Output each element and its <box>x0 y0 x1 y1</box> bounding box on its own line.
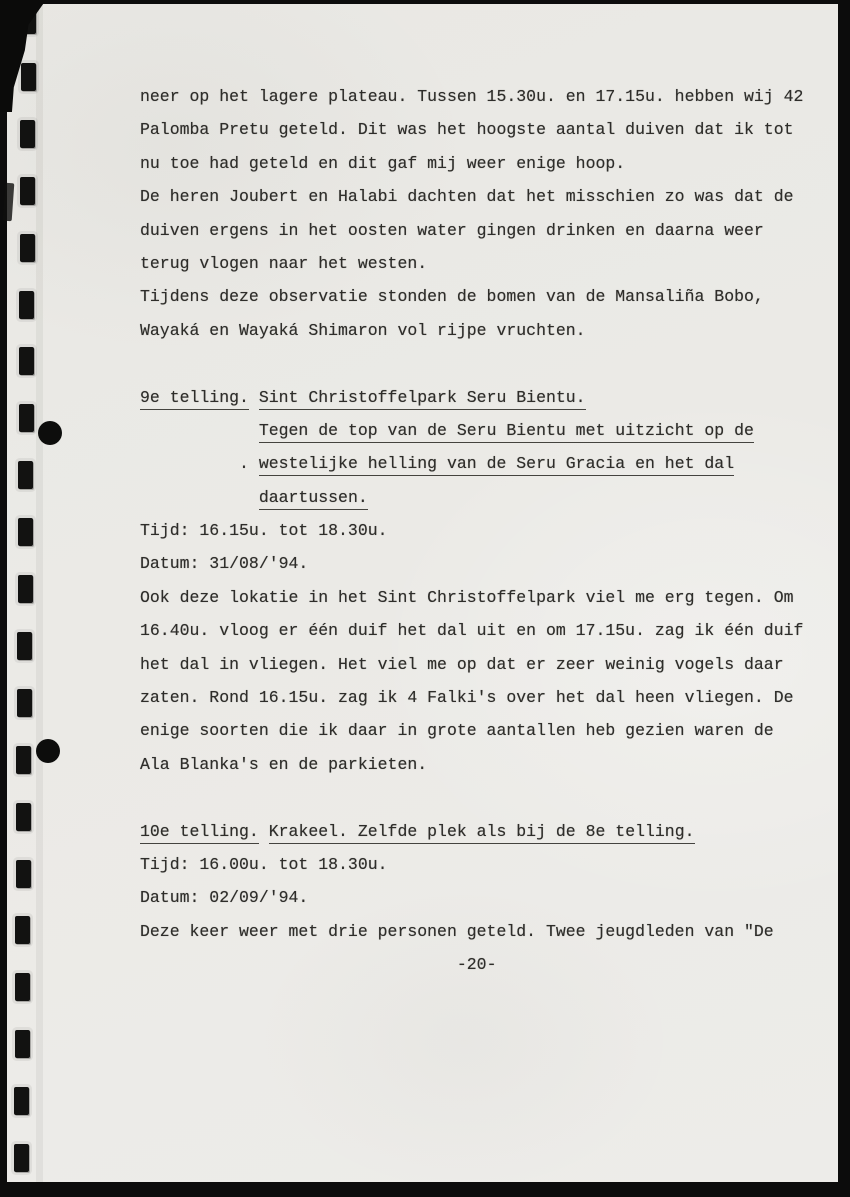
heading-9e-telling-continuation: daartussen. <box>140 481 830 514</box>
comb-binding-hole <box>17 689 32 717</box>
comb-binding-hole <box>18 575 33 603</box>
text-segment: zaten. Rond 16.15u. zag ik 4 Falki's ove… <box>140 688 794 707</box>
text-line: terug vlogen naar het westen. <box>140 247 830 280</box>
comb-binding-hole <box>16 803 31 831</box>
text-segment: Ala Blanka's en de parkieten. <box>140 755 427 774</box>
comb-binding-hole <box>17 632 32 660</box>
page-number-line: -20- <box>140 948 830 981</box>
punch-hole-bottom <box>36 739 60 763</box>
text-segment <box>140 955 457 974</box>
text-segment: 16.40u. vloog er één duif het dal uit en… <box>140 621 803 640</box>
underlined-text-segment: 10e telling. <box>140 822 259 844</box>
text-segment: Ook deze lokatie in het Sint Christoffel… <box>140 588 794 607</box>
text-segment: neer op het lagere plateau. Tussen 15.30… <box>140 87 803 106</box>
text-segment <box>140 421 259 440</box>
text-line: Ala Blanka's en de parkieten. <box>140 748 830 781</box>
comb-binding-hole <box>20 234 35 262</box>
comb-binding-hole <box>18 518 33 546</box>
text-segment: nu toe had geteld en dit gaf mij weer en… <box>140 154 625 173</box>
text-segment: Tijdens deze observatie stonden de bomen… <box>140 287 764 306</box>
text-line: neer op het lagere plateau. Tussen 15.30… <box>140 80 830 113</box>
text-segment <box>249 388 259 407</box>
text-segment: -20- <box>457 955 497 974</box>
text-line: De heren Joubert en Halabi dachten dat h… <box>140 180 830 213</box>
comb-binding-hole <box>16 860 31 888</box>
text-segment: duiven ergens in het oosten water gingen… <box>140 221 764 240</box>
comb-binding-hole <box>16 746 31 774</box>
text-line: het dal in vliegen. Het viel me op dat e… <box>140 648 830 681</box>
underlined-text-segment: Sint Christoffelpark Seru Bientu. <box>259 388 586 410</box>
text-segment: Palomba Pretu geteld. Dit was het hoogst… <box>140 120 794 139</box>
text-line: 16.40u. vloog er één duif het dal uit en… <box>140 614 830 647</box>
text-segment: Wayaká en Wayaká Shimaron vol rijpe vruc… <box>140 321 586 340</box>
text-line <box>140 781 830 814</box>
text-line: Tijd: 16.00u. tot 18.30u. <box>140 848 830 881</box>
comb-binding-hole <box>21 63 36 91</box>
text-line: Datum: 02/09/'94. <box>140 881 830 914</box>
text-line: Datum: 31/08/'94. <box>140 547 830 580</box>
text-line: Ook deze lokatie in het Sint Christoffel… <box>140 581 830 614</box>
text-segment: De heren Joubert en Halabi dachten dat h… <box>140 187 794 206</box>
underlined-text-segment: Tegen de top van de Seru Bientu met uitz… <box>259 421 754 443</box>
text-segment: Deze keer weer met drie personen geteld.… <box>140 922 774 941</box>
text-segment: enige soorten die ik daar in grote aanta… <box>140 721 774 740</box>
heading-9e-telling: 9e telling. Sint Christoffelpark Seru Bi… <box>140 381 830 414</box>
comb-binding-hole <box>19 347 34 375</box>
text-segment: Tijd: 16.00u. tot 18.30u. <box>140 855 388 874</box>
binding-holes <box>0 0 60 1197</box>
heading-10e-telling: 10e telling. Krakeel. Zelfde plek als bi… <box>140 815 830 848</box>
comb-binding-hole <box>15 973 30 1001</box>
underlined-text-segment: Krakeel. Zelfde plek als bij de 8e telli… <box>269 822 695 844</box>
text-line: nu toe had geteld en dit gaf mij weer en… <box>140 147 830 180</box>
punch-hole-top <box>38 421 62 445</box>
scanned-document-page: { "scan": { "paper_color": "#ebeae6", "e… <box>0 0 850 1197</box>
comb-binding-hole <box>20 177 35 205</box>
text-line: duiven ergens in het oosten water gingen… <box>140 214 830 247</box>
text-line: enige soorten die ik daar in grote aanta… <box>140 714 830 747</box>
text-line: Tijd: 16.15u. tot 18.30u. <box>140 514 830 547</box>
text-segment: . <box>140 454 259 473</box>
underlined-text-segment: 9e telling. <box>140 388 249 410</box>
text-line <box>140 347 830 380</box>
comb-binding-hole <box>15 916 30 944</box>
text-line: Tijdens deze observatie stonden de bomen… <box>140 280 830 313</box>
document-text: neer op het lagere plateau. Tussen 15.30… <box>140 80 830 982</box>
comb-binding-hole <box>14 1087 29 1115</box>
underlined-text-segment: daartussen. <box>259 488 368 510</box>
text-line: Deze keer weer met drie personen geteld.… <box>140 915 830 948</box>
text-line: Palomba Pretu geteld. Dit was het hoogst… <box>140 113 830 146</box>
text-line: zaten. Rond 16.15u. zag ik 4 Falki's ove… <box>140 681 830 714</box>
comb-binding-hole <box>19 291 34 319</box>
comb-binding-hole <box>18 461 33 489</box>
text-segment: het dal in vliegen. Het viel me op dat e… <box>140 655 784 674</box>
heading-9e-telling-continuation: Tegen de top van de Seru Bientu met uitz… <box>140 414 830 447</box>
text-segment: Tijd: 16.15u. tot 18.30u. <box>140 521 388 540</box>
text-line: Wayaká en Wayaká Shimaron vol rijpe vruc… <box>140 314 830 347</box>
heading-9e-telling-continuation: . westelijke helling van de Seru Gracia … <box>140 447 830 480</box>
text-segment <box>259 822 269 841</box>
text-segment <box>140 488 259 507</box>
text-segment: Datum: 02/09/'94. <box>140 888 308 907</box>
underlined-text-segment: westelijke helling van de Seru Gracia en… <box>259 454 734 476</box>
comb-binding-hole <box>19 404 34 432</box>
comb-binding-hole <box>14 1144 29 1172</box>
text-segment: terug vlogen naar het westen. <box>140 254 427 273</box>
text-segment: Datum: 31/08/'94. <box>140 554 308 573</box>
comb-binding-hole <box>20 120 35 148</box>
comb-binding-hole <box>15 1030 30 1058</box>
